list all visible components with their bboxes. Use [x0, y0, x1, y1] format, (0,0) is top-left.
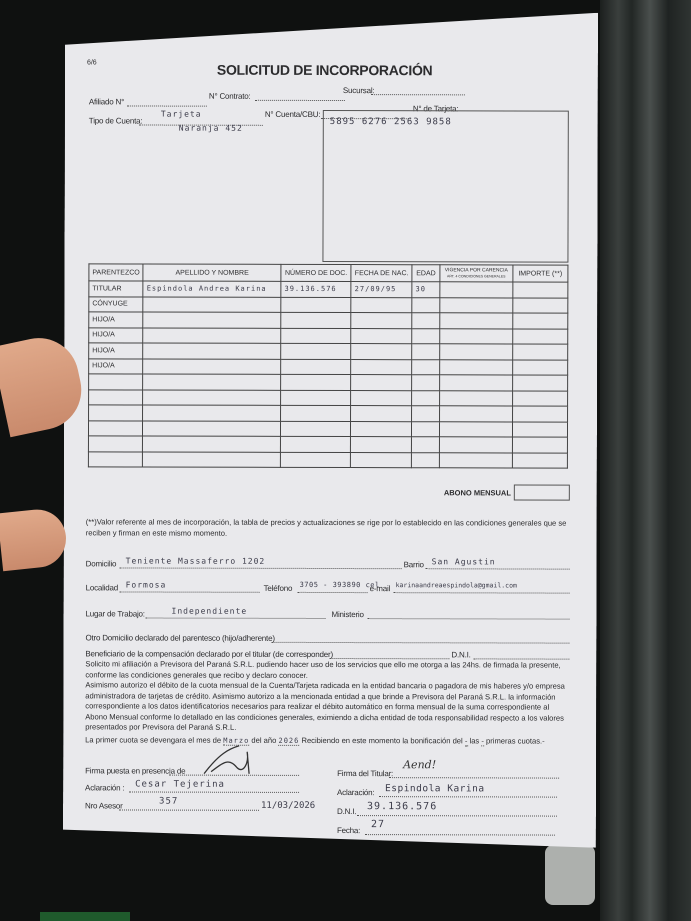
fecha-field[interactable]	[365, 834, 555, 835]
table-cell[interactable]: 39.136.576	[281, 281, 351, 297]
dni-label: D.N.I.	[337, 807, 356, 816]
table-cell[interactable]	[512, 344, 567, 360]
table-cell[interactable]	[351, 359, 412, 375]
telefono-label: Teléfono	[264, 584, 293, 593]
table-cell[interactable]	[143, 328, 281, 344]
table-row	[89, 389, 568, 406]
cuota-las[interactable]: -	[481, 736, 484, 746]
page-number: 6/6	[87, 59, 97, 66]
parentezco-cell: HIJO/A	[89, 343, 143, 359]
parentezco-cell	[88, 436, 142, 452]
header-importe: IMPORTE (**)	[513, 265, 568, 282]
table-cell[interactable]	[412, 452, 440, 468]
table-cell[interactable]	[281, 436, 351, 452]
table-cell[interactable]	[512, 437, 567, 453]
abono-mensual-field[interactable]	[514, 484, 570, 500]
background-object	[40, 912, 130, 921]
beneficiario-dni-label: D.N.I.	[451, 650, 470, 659]
table-cell[interactable]	[351, 390, 412, 406]
table-cell[interactable]	[281, 421, 351, 437]
table-cell[interactable]	[351, 297, 412, 313]
parentezco-cell: HIJO/A	[89, 358, 143, 374]
table-cell[interactable]	[440, 390, 513, 406]
table-cell[interactable]	[513, 282, 568, 298]
background-surface	[600, 0, 691, 921]
legal-paragraph-2: Asimismo autorizo el débito de la cuota …	[85, 680, 571, 734]
email-field[interactable]	[394, 592, 570, 593]
parentezco-cell	[88, 451, 142, 467]
table-row: CÓNYUGE	[89, 296, 568, 313]
cuenta-cbu-label: N° Cuenta/CBU:	[265, 110, 321, 119]
aclaracion-right-label: Aclaración:	[337, 788, 374, 797]
header-edad: EDAD	[412, 265, 440, 282]
table-cell[interactable]: Espindola Andrea Karina	[143, 281, 281, 297]
table-cell[interactable]	[512, 406, 567, 422]
header-fecha-nac: FECHA DE NAC.	[351, 265, 412, 282]
ministerio-label: Ministerio	[332, 610, 364, 619]
parentezco-cell	[89, 389, 143, 405]
table-cell[interactable]	[512, 359, 567, 375]
firma-titular-label: Firma del Titular:	[337, 769, 393, 778]
table-cell[interactable]	[143, 343, 281, 359]
table-cell[interactable]	[440, 282, 513, 298]
table-cell[interactable]	[281, 359, 351, 375]
domicilio-value: Teniente Massaferro 1202	[126, 556, 266, 565]
table-cell[interactable]	[351, 344, 412, 360]
asesor-field[interactable]	[119, 809, 259, 810]
table-cell[interactable]	[412, 313, 440, 329]
afiliado-field[interactable]	[127, 105, 207, 106]
table-cell[interactable]	[440, 328, 513, 344]
table-row	[89, 374, 568, 391]
table-cell[interactable]	[281, 312, 351, 328]
table-row: HIJO/A	[89, 312, 568, 329]
table-row	[89, 405, 568, 422]
table-cell[interactable]: 30	[412, 282, 440, 298]
table-cell[interactable]	[351, 313, 412, 329]
table-cell[interactable]	[512, 375, 567, 391]
cuota-line: La primer cuota se devengara el mes de M…	[85, 735, 575, 747]
parentezco-cell: CÓNYUGE	[89, 296, 143, 312]
table-cell[interactable]	[440, 344, 513, 360]
table-cell[interactable]	[440, 359, 513, 375]
table-cell[interactable]	[440, 313, 513, 329]
afiliado-label: Afiliado N°	[89, 97, 124, 106]
table-cell[interactable]	[351, 406, 412, 422]
finger	[0, 507, 69, 572]
fecha-label: Fecha:	[337, 826, 360, 835]
table-row: HIJO/A	[89, 327, 568, 344]
form-title: SOLICITUD DE INCORPORACIÓN	[217, 62, 432, 79]
cuota-del[interactable]: -	[465, 736, 468, 746]
table-cell[interactable]	[281, 390, 351, 406]
table-cell[interactable]	[351, 328, 412, 344]
sucursal-label: Sucursal:	[343, 86, 375, 95]
table-cell[interactable]	[512, 421, 567, 437]
aclaracion-right-value: Espindola Karina	[385, 783, 485, 794]
asesor-label: Nro Asesor	[85, 801, 123, 810]
legal-paragraph-1: Solicito mi afiliación a Previsora del P…	[85, 659, 571, 681]
barrio-value: San Agustin	[432, 557, 496, 566]
table-cell[interactable]	[512, 328, 567, 344]
table-cell[interactable]	[281, 343, 351, 359]
dni-field[interactable]	[357, 815, 557, 817]
localidad-value: Formosa	[126, 580, 167, 589]
table-cell[interactable]	[440, 297, 513, 313]
table-row: HIJO/A	[89, 358, 568, 375]
asesor-signature	[199, 744, 259, 778]
table-cell[interactable]	[281, 297, 351, 313]
table-cell[interactable]	[439, 421, 512, 437]
parentezco-cell: TITULAR	[89, 281, 143, 297]
header-vigencia-sub: ART. 4 CONDICIONES GENERALES	[447, 274, 505, 278]
footnote: (**)Valor referente al mes de incorporac…	[86, 517, 570, 539]
barrio-field[interactable]	[426, 568, 570, 569]
tarjeta-box[interactable]: 5895 6276 2563 9858	[322, 110, 568, 263]
table-cell[interactable]	[513, 297, 568, 313]
parentezco-cell	[89, 405, 143, 421]
table-cell[interactable]	[439, 452, 512, 468]
email-value: karinaandreaespindola@gmail.com	[396, 581, 517, 589]
table-cell[interactable]	[512, 313, 567, 329]
table-cell[interactable]	[412, 344, 440, 360]
email-label: e-mail	[370, 584, 391, 593]
table-cell[interactable]	[412, 421, 440, 437]
cuota-mid: Recibiendo en este momento la bonificaci…	[301, 736, 462, 745]
table-cell[interactable]	[281, 405, 351, 421]
telefono-field[interactable]	[298, 592, 368, 593]
table-cell[interactable]	[143, 297, 281, 313]
table-cell[interactable]	[143, 374, 281, 390]
header-vigencia-text: VIGENCIA POR CARENCIA	[445, 267, 508, 273]
trabajo-value: Independiente	[172, 607, 248, 616]
asesor-value: 357	[159, 797, 178, 807]
header-parentezco: PARENTEZCO	[89, 264, 143, 281]
aclaracion-left-field[interactable]	[129, 791, 299, 792]
table-cell[interactable]	[281, 452, 351, 468]
table-cell[interactable]	[512, 390, 567, 406]
table-cell[interactable]	[281, 328, 351, 344]
trabajo-field[interactable]	[146, 618, 326, 619]
table-row	[88, 436, 567, 453]
domicilio-label: Domicilio	[86, 559, 117, 568]
table-cell[interactable]	[143, 436, 281, 452]
header-vigencia: VIGENCIA POR CARENCIAART. 4 CONDICIONES …	[440, 265, 513, 282]
table-cell[interactable]	[143, 390, 281, 406]
header-numero-doc: NÚMERO DE DOC.	[281, 264, 351, 281]
trabajo-label: Lugar de Trabajo:	[86, 609, 145, 618]
table-cell[interactable]	[412, 359, 440, 375]
table-cell[interactable]	[143, 405, 281, 421]
parentezco-cell	[88, 420, 142, 436]
tipo-cuenta-value-2: Naranja 452	[179, 124, 243, 133]
application-form: 6/6 SOLICITUD DE INCORPORACIÓN Afiliado …	[63, 11, 598, 847]
aclaracion-left-value: Cesar Tejerina	[135, 779, 225, 789]
contrato-field[interactable]	[255, 100, 345, 101]
table-cell[interactable]: 27/09/95	[351, 282, 412, 298]
asesor-fecha: 11/03/2026	[261, 801, 315, 811]
localidad-label: Localidad	[86, 583, 118, 592]
table-row	[88, 451, 567, 468]
table-cell[interactable]	[281, 374, 351, 390]
cuota-anio[interactable]: 2026	[278, 737, 299, 746]
table-cell[interactable]	[351, 375, 412, 391]
dni-value: 39.136.576	[367, 801, 437, 812]
firma-titular-field[interactable]	[389, 777, 559, 778]
table-cell[interactable]	[412, 328, 440, 344]
telefono-value: 3705 - 393890 cel	[300, 581, 380, 589]
barrio-label: Barrio	[404, 560, 424, 569]
parentezco-cell: HIJO/A	[89, 312, 143, 328]
tarjeta-value: 5895 6276 2563 9858	[330, 117, 452, 127]
parentezco-cell	[89, 374, 143, 390]
domicilio-field[interactable]	[120, 567, 402, 569]
table-cell[interactable]	[440, 406, 513, 422]
table-cell[interactable]	[412, 297, 440, 313]
table-cell[interactable]	[439, 437, 512, 453]
table-row: TITULAREspindola Andrea Karina39.136.576…	[89, 281, 568, 298]
table-cell[interactable]	[143, 359, 281, 375]
table-cell[interactable]	[412, 390, 440, 406]
cuota-las-label: las	[470, 736, 480, 745]
table-cell[interactable]	[351, 437, 412, 453]
family-table: PARENTEZCO APELLIDO Y NOMBRE NÚMERO DE D…	[88, 263, 569, 468]
table-cell[interactable]	[412, 437, 440, 453]
cuota-suffix: primeras cuotas.-	[486, 736, 545, 745]
contrato-label: N° Contrato:	[209, 92, 251, 101]
table-cell[interactable]	[512, 452, 567, 468]
table-row	[88, 420, 567, 437]
otro-domicilio-label: Otro Domicilio declarado del parentesco …	[85, 633, 274, 642]
otro-domicilio-field[interactable]	[271, 642, 569, 644]
aclaracion-right-field[interactable]	[379, 796, 557, 797]
plastic-bag	[545, 845, 595, 905]
table-cell[interactable]	[412, 375, 440, 391]
table-cell[interactable]	[143, 452, 281, 468]
table-cell[interactable]	[143, 312, 281, 328]
abono-mensual-label: ABONO MENSUAL	[444, 488, 511, 497]
table-cell[interactable]	[143, 421, 281, 437]
table-row: HIJO/A	[89, 343, 568, 360]
header-apellido-nombre: APELLIDO Y NOMBRE	[143, 264, 281, 281]
table-cell[interactable]	[440, 375, 513, 391]
aclaracion-left-label: Aclaración :	[85, 783, 124, 792]
ministerio-field[interactable]	[368, 618, 570, 620]
localidad-field[interactable]	[120, 591, 260, 592]
table-cell[interactable]	[351, 452, 412, 468]
table-cell[interactable]	[412, 406, 440, 422]
sucursal-field[interactable]	[371, 94, 465, 95]
tipo-cuenta-label: Tipo de Cuenta:	[89, 116, 143, 125]
beneficiario-label: Beneficiario de la compensación declarad…	[85, 649, 333, 659]
tipo-cuenta-value: Tarjeta	[161, 110, 202, 119]
fecha-value: 27	[371, 819, 385, 830]
table-cell[interactable]	[351, 421, 412, 437]
table-header-row: PARENTEZCO APELLIDO Y NOMBRE NÚMERO DE D…	[89, 264, 568, 282]
parentezco-cell: HIJO/A	[89, 327, 143, 343]
firma-titular-value: Aend!	[403, 758, 436, 771]
